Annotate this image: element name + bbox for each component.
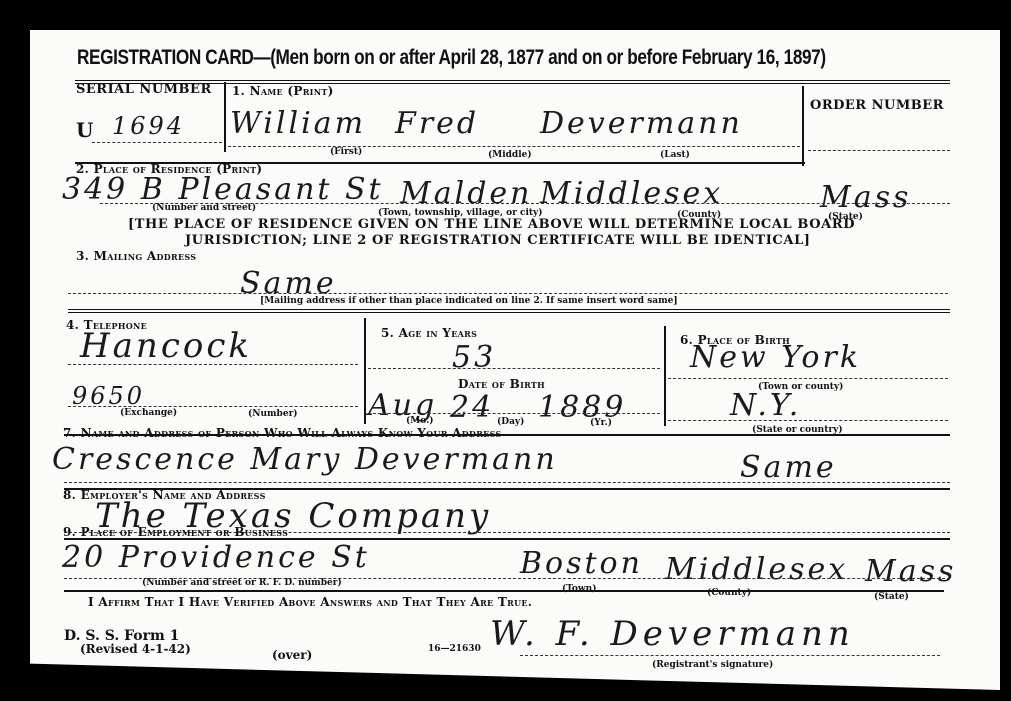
contact-person-address: Same — [740, 450, 837, 485]
employment-street: 20 Providence St — [62, 540, 370, 575]
caption-month: (Mo.) — [406, 416, 433, 426]
dob-year: 1889 — [538, 390, 626, 425]
signature-line — [520, 655, 940, 656]
residence-county: Middlesex — [540, 176, 723, 211]
residence-town: Malden — [400, 176, 532, 211]
caption-last: (Last) — [660, 150, 690, 160]
caption-employment-street: (Number and street or R. F. D. number) — [142, 578, 342, 588]
contact-person-name: Crescence Mary Devermann — [52, 442, 558, 477]
age-field-line — [368, 368, 660, 369]
birth-state-line — [668, 420, 948, 421]
affirmation-text: I Affirm That I Have Verified Above Answ… — [88, 595, 532, 609]
name-field-line — [228, 146, 800, 147]
caption-employment-town: (Town) — [562, 584, 596, 594]
residence-street: 349 B Pleasant St — [62, 172, 384, 207]
name-label: 1. Name (Print) — [232, 84, 334, 98]
caption-middle: (Middle) — [488, 150, 532, 160]
contact-field-line — [64, 482, 950, 483]
divider — [364, 318, 366, 424]
print-code: 16—21630 — [428, 644, 481, 654]
order-number-label: ORDER NUMBER — [810, 98, 944, 113]
telephone-exchange: Hancock — [80, 326, 252, 366]
divider — [224, 82, 226, 152]
telephone-exchange-line — [68, 364, 358, 365]
divider — [802, 86, 804, 166]
contact-person-label: 7. Name and Address of Person Who Will A… — [63, 426, 502, 440]
birth-town-line — [668, 378, 948, 379]
card-title: REGISTRATION CARD—(Men born on or after … — [77, 46, 826, 70]
employment-place-label: 9. Place of Employment or Business — [63, 525, 288, 539]
registrant-signature: W. F. Devermann — [490, 614, 855, 654]
serial-field-line — [92, 142, 222, 143]
age-value: 53 — [452, 340, 496, 375]
order-number-field — [808, 150, 950, 151]
mailing-field-line — [68, 293, 948, 294]
date-of-birth-label: Date of Birth — [458, 377, 545, 391]
residence-notice-line2: JURISDICTION; LINE 2 OF REGISTRATION CER… — [185, 233, 811, 248]
row-rule — [68, 309, 950, 313]
name-middle: Fred — [395, 106, 479, 141]
mailing-address-label: 3. Mailing Address — [76, 249, 196, 263]
name-first: William — [230, 106, 366, 141]
over-note: (over) — [272, 648, 312, 662]
residence-notice-line1: [THE PLACE OF RESIDENCE GIVEN ON THE LIN… — [128, 217, 855, 232]
employment-county: Middlesex — [665, 552, 848, 587]
telephone-number-line — [68, 406, 358, 407]
caption-street: (Number and street) — [152, 203, 256, 213]
birth-state: N.Y. — [730, 388, 801, 423]
serial-number-label: SERIAL NUMBER — [76, 82, 212, 97]
serial-prefix: U — [76, 118, 93, 142]
mailing-caption: [Mailing address if other than place ind… — [260, 296, 678, 306]
birth-town: New York — [690, 340, 861, 375]
employment-town: Boston — [520, 546, 643, 581]
age-label: 5. Age in Years — [381, 326, 477, 340]
employment-state: Mass — [865, 554, 956, 589]
signature-caption: (Registrant's signature) — [652, 660, 773, 670]
residence-state: Mass — [820, 180, 911, 215]
caption-year: (Yr.) — [590, 418, 612, 428]
row-rule — [64, 590, 944, 592]
caption-exchange: (Exchange) — [120, 408, 177, 418]
form-revision: (Revised 4-1-42) — [80, 642, 191, 656]
dob-field-line — [368, 413, 660, 414]
serial-number-value: 1694 — [112, 112, 185, 140]
name-last: Devermann — [540, 106, 743, 141]
dob-day: 24 — [450, 390, 494, 425]
divider — [664, 326, 666, 426]
caption-first: (First) — [330, 147, 362, 157]
caption-number: (Number) — [248, 409, 298, 419]
caption-employment-state: (State) — [874, 592, 909, 602]
